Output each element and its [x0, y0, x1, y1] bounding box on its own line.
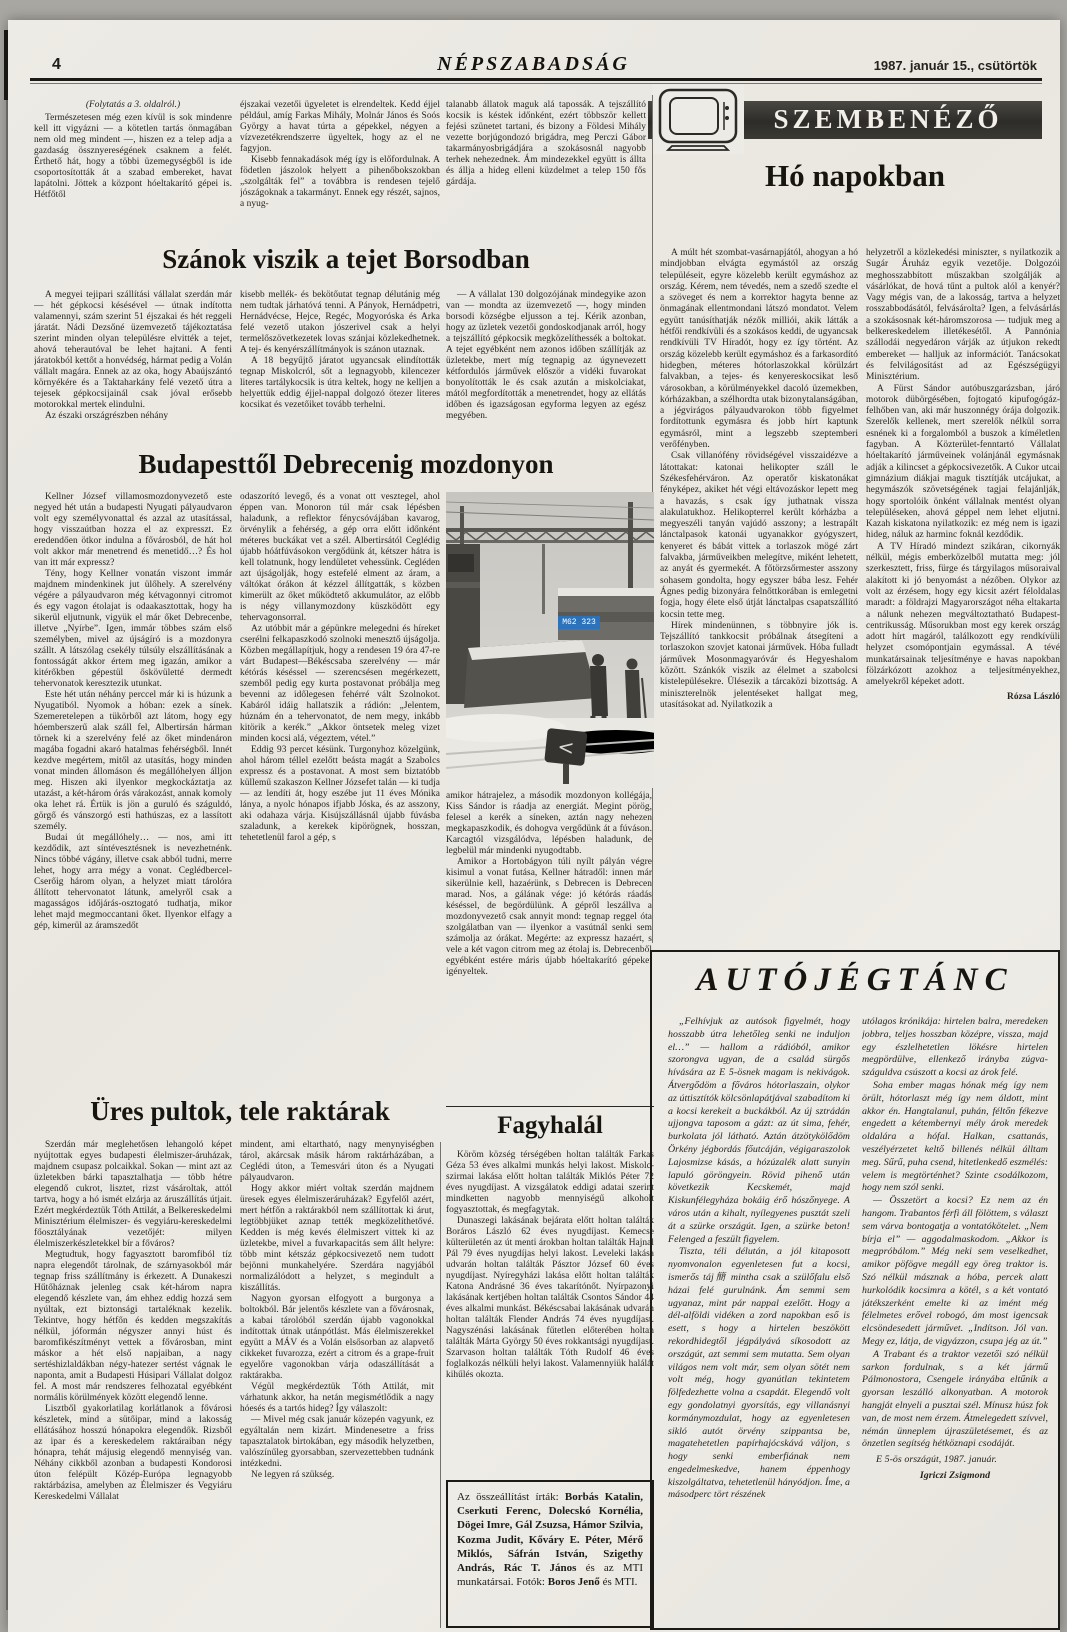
continuation-column-3: talanabb állatok maguk alá tapossák. A t…: [446, 100, 646, 236]
snow-railway-photo: < M62 323: [446, 492, 654, 788]
credits-tail: és MTI.: [600, 1576, 638, 1588]
paragraph: Megtudtuk, hogy fagyasztott baromfiból t…: [34, 1250, 232, 1404]
credits-intro: Az összeállítást írták:: [457, 1491, 565, 1503]
paragraph: éjszakai vezetői ügyeletet is elrendelte…: [240, 100, 440, 155]
borsod-headline: Szánok viszik a tejet Borsodban: [34, 244, 658, 275]
paragraph: — A vállalat 130 dolgozójának mindegyike…: [446, 290, 646, 422]
paragraph: Dunaszegi lakásának bejárata előtt holta…: [446, 1216, 654, 1381]
paragraph: Soha ember magas hónak még így nem örült…: [862, 1080, 1048, 1195]
paragraph: Ne legyen rá szükség.: [240, 1470, 434, 1481]
ho-napokban-column-1: A múlt hét szombat-vasárnapjától, ahogya…: [660, 248, 858, 946]
paragraph: helyzetről a közlekedési miniszter, s ny…: [866, 248, 1060, 384]
paragraph: Tiszta, téli délután, a jól kitaposott n…: [668, 1246, 850, 1502]
paragraph: amikor hátrajelez, a második mozdonyon k…: [446, 791, 652, 857]
ho-napokban-column-2: helyzetről a közlekedési miniszter, s ny…: [866, 248, 1060, 946]
paragraph: Az utóbbit már a gépünkre melegedni és h…: [240, 624, 440, 745]
paragraph: Budai út megállóhely… — nos, ami itt kez…: [34, 833, 232, 932]
continuation-column-2: éjszakai vezetői ügyeletet is elrendelte…: [240, 100, 440, 242]
paragraph: Végül megkérdeztük Tóth Attilát, mit vár…: [240, 1382, 434, 1415]
paragraph: A Trabant és a traktor vezetői szó nélkü…: [862, 1349, 1048, 1451]
fagyhalal-headline: Fagyhalál: [446, 1112, 654, 1140]
credits-box: Az összeállítást írták: Borbás Katalin, …: [446, 1480, 654, 1628]
paragraph: Lisztből gyakorlatilag korlátlanok a főv…: [34, 1404, 232, 1503]
continuation-column-1: (Folytatás a 3. oldalról.) Természetesen…: [34, 100, 232, 242]
ho-napokban-headline: Hó napokban: [652, 158, 1058, 194]
mozdony-column-1: Kellner József villamosmozdonyvezető est…: [34, 492, 232, 1090]
paragraph: Tény, hogy Kellner vonatán viszont immár…: [34, 569, 232, 690]
mozdony-column-3: amikor hátrajelez, a második mozdonyon k…: [446, 791, 652, 1090]
paragraph: — Mivel még csak január közepén vagyunk,…: [240, 1415, 434, 1470]
urespultok-column-1: Szerdán már meglehetősen lehangoló képet…: [34, 1140, 232, 1630]
paragraph: A Fürst Sándor autóbuszgarázsban, járó m…: [866, 384, 1060, 542]
autojegtanc-byline: Igriczi Zsigmond: [862, 1470, 1048, 1483]
paragraph: Hogy akkor miért voltak szerdán majdnem …: [240, 1184, 434, 1294]
mozdony-headline: Budapesttől Debrecenig mozdonyon: [34, 449, 658, 480]
paragraph: Köröm község térségében holtan találták …: [446, 1150, 654, 1216]
borsod-column-1: A megyei tejipari szállítási vállalat sz…: [34, 290, 232, 448]
fagyhalal-rule: [446, 1106, 654, 1107]
paragraph: Kisebb fennakadások még így is előfordul…: [240, 155, 440, 210]
paragraph: — Összetört a kocsi? Ez nem az én hangom…: [862, 1195, 1048, 1349]
header-rule: [30, 78, 1042, 81]
paragraph: „Felhívjuk az autósok figyelmét, hogy ho…: [668, 1016, 850, 1246]
paragraph: utólagos krónikája: hirtelen balra, mere…: [862, 1016, 1048, 1080]
paragraph: Természetesen még ezen kívül is sok mind…: [34, 113, 232, 201]
mozdony-column-2: odaszorító levegő, és a vonat ott veszte…: [240, 492, 440, 1090]
paragraph: A megyei tejipari szállítási vállalat sz…: [34, 290, 232, 411]
urespultok-headline: Üres pultok, tele raktárak: [34, 1096, 446, 1127]
tv-icon: [652, 84, 744, 154]
paragraph: odaszorító levegő, és a vonat ott veszte…: [240, 492, 440, 624]
scan-artifact: [6, 100, 8, 1610]
paragraph: Kellner József villamosmozdonyvezető est…: [34, 492, 232, 569]
column-rule: [440, 1142, 441, 1628]
autojegtanc-dateline: E 5-ös országút, 1987. január.: [862, 1454, 1048, 1467]
paragraph: kisebb mellék- és bekötőutat tegnap délu…: [240, 290, 440, 356]
photo-watermark: M62 323: [558, 616, 600, 629]
paragraph: Eddig 93 percet késünk. Turgonyhoz közel…: [240, 745, 440, 844]
paragraph: A múlt hét szombat-vasárnapjától, ahogya…: [660, 248, 858, 451]
paragraph: Szerdán már meglehetősen lehangoló képet…: [34, 1140, 232, 1250]
paragraph: Este hét után néhány perccel már ki is h…: [34, 690, 232, 833]
autojegtanc-headline: AUTÓJÉGTÁNC: [650, 962, 1060, 999]
autojegtanc-column-1: „Felhívjuk az autósok figyelmét, hogy ho…: [668, 1016, 850, 1616]
svg-text:<: <: [556, 734, 575, 760]
autojegtanc-column-2: utólagos krónikája: hirtelen balra, mere…: [862, 1016, 1048, 1616]
paragraph: A TV Híradó mindezt szikáran, cikornyák …: [866, 542, 1060, 689]
credits-photographer: Boros Jenő: [548, 1576, 600, 1588]
paragraph: A 18 begyűjtő járatot ugyancsak elindíto…: [240, 356, 440, 411]
paragraph: talanabb állatok maguk alá tapossák. A t…: [446, 100, 646, 188]
urespultok-column-2: mindent, ami eltartható, nagy menynyiség…: [240, 1140, 434, 1630]
paragraph: Az északi országrészben néhány: [34, 411, 232, 422]
paragraph: Csak villanófény rövidségével visszaidéz…: [660, 451, 858, 620]
fagyhalal-column: Köröm község térségében holtan találták …: [446, 1150, 654, 1474]
header-rule-thin: [30, 83, 1042, 84]
borsod-column-2: kisebb mellék- és bekötőutat tegnap délu…: [240, 290, 440, 448]
paragraph: Amikor a Hortobágyon túli nyílt pályán v…: [446, 857, 652, 978]
continuation-note: (Folytatás a 3. oldalról.): [34, 100, 232, 111]
ho-napokban-byline: Rózsa László: [866, 692, 1060, 703]
paragraph: mindent, ami eltartható, nagy menynyiség…: [240, 1140, 434, 1184]
paragraph: Hírek mindenünnen, s többnyire jók is. T…: [660, 621, 858, 711]
paragraph: Nagyon gyorsan elfogyott a burgonya a bo…: [240, 1294, 434, 1382]
szembenezo-title: SZEMBENÉZŐ: [738, 104, 1038, 135]
borsod-column-3: — A vállalat 130 dolgozójának mindegyike…: [446, 290, 646, 448]
issue-date: 1987. január 15., csütörtök: [874, 58, 1037, 73]
